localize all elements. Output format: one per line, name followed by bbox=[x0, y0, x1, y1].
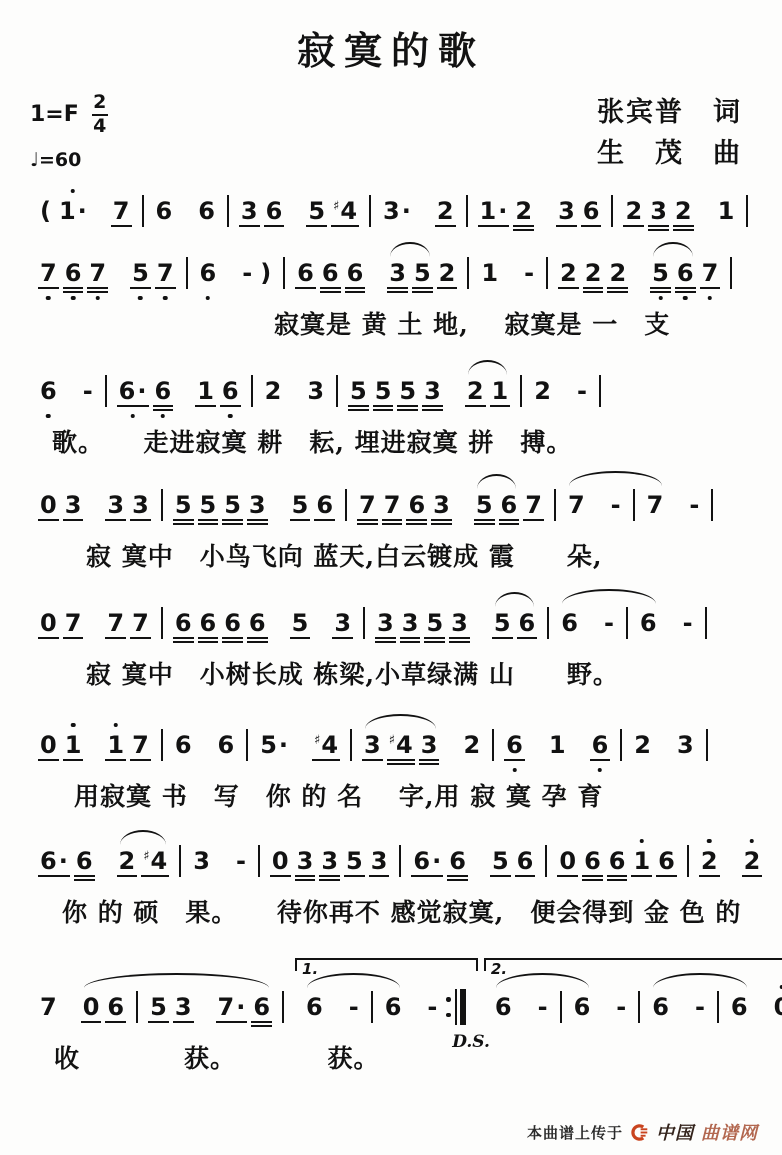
barline bbox=[705, 607, 707, 639]
underline bbox=[400, 641, 421, 643]
note-value: 6 bbox=[306, 994, 323, 1020]
underline bbox=[465, 405, 486, 407]
note: 6 bbox=[674, 260, 697, 286]
note-value: 1 bbox=[107, 732, 124, 758]
note: - bbox=[692, 994, 708, 1020]
note-value: 2 bbox=[265, 378, 282, 404]
note-value: 5 bbox=[224, 492, 241, 518]
note: ( bbox=[37, 198, 54, 224]
underline bbox=[607, 287, 628, 289]
barline bbox=[560, 991, 562, 1023]
note: 7 bbox=[129, 610, 152, 636]
underline bbox=[382, 523, 403, 525]
note: 5 bbox=[649, 260, 672, 286]
note: 7 bbox=[129, 732, 152, 758]
slur-arc bbox=[653, 973, 746, 988]
underline bbox=[515, 875, 536, 877]
note: 6 bbox=[589, 732, 612, 758]
octave-dot-below bbox=[71, 296, 76, 301]
note: - bbox=[680, 610, 696, 636]
lyrics-line: 寂寞是 黄 土 地, 寂寞是 一 支 bbox=[36, 305, 782, 338]
notation-line: 706537·61.6-6-D.S.2.6-6-6-60 bbox=[36, 984, 756, 1030]
note: - bbox=[239, 260, 255, 286]
note: 3· bbox=[380, 198, 414, 224]
note: 5 bbox=[343, 848, 366, 874]
octave-dot-below bbox=[46, 296, 51, 301]
note-value: 3 bbox=[193, 848, 210, 874]
note: 5 bbox=[423, 610, 446, 636]
note-value: 6 bbox=[76, 848, 93, 874]
underline bbox=[397, 405, 418, 407]
underline bbox=[656, 875, 677, 877]
note: 6 bbox=[37, 378, 60, 404]
note: 6 bbox=[503, 732, 526, 758]
note: - bbox=[80, 378, 96, 404]
note-value: 6 bbox=[107, 994, 124, 1020]
underline bbox=[331, 225, 359, 227]
note-value: 7 bbox=[89, 260, 106, 286]
time-signature: 2 4 bbox=[92, 93, 108, 137]
slur-group: 7-7 bbox=[564, 489, 667, 521]
note: 5 bbox=[147, 994, 170, 1020]
barline bbox=[179, 845, 181, 877]
note-value: 7 bbox=[647, 492, 664, 518]
note-value: - bbox=[524, 260, 534, 286]
octave-dot-below bbox=[161, 414, 166, 419]
notation-line: 767576-)6663521-222567 bbox=[36, 250, 756, 296]
underline bbox=[130, 287, 151, 289]
note-value: 2 bbox=[634, 732, 651, 758]
underline bbox=[387, 759, 415, 761]
underline bbox=[81, 1021, 102, 1023]
underline bbox=[419, 759, 440, 761]
note: 3 bbox=[129, 492, 152, 518]
underline bbox=[320, 287, 341, 289]
notation-line: 07776666533353566-6- bbox=[36, 600, 756, 646]
note: 2 bbox=[460, 732, 483, 758]
note: - bbox=[521, 260, 537, 286]
underline bbox=[742, 875, 763, 877]
barline bbox=[350, 729, 352, 761]
note-value: 3 bbox=[321, 848, 338, 874]
note-value: - bbox=[611, 492, 621, 518]
note: 6 bbox=[580, 198, 603, 224]
note-value: 7 bbox=[132, 732, 149, 758]
barline bbox=[599, 375, 601, 407]
underline bbox=[412, 287, 433, 289]
barline bbox=[633, 489, 635, 521]
volta-label: 1. bbox=[302, 960, 318, 978]
slur-arc bbox=[495, 592, 534, 607]
note-value: - bbox=[242, 260, 252, 286]
underline bbox=[623, 225, 644, 227]
underline bbox=[312, 759, 340, 761]
note-value: 6 bbox=[65, 260, 82, 286]
barline bbox=[371, 991, 373, 1023]
note-value: 5 bbox=[399, 378, 416, 404]
underline bbox=[499, 519, 520, 521]
note: 3 bbox=[374, 610, 397, 636]
octave-dot-below bbox=[512, 768, 517, 773]
note-value: 6 bbox=[347, 260, 364, 286]
augmentation-dot: · bbox=[59, 848, 68, 874]
underline bbox=[247, 637, 268, 639]
underline bbox=[449, 637, 470, 639]
underline bbox=[105, 1021, 126, 1023]
note-value: 6 bbox=[652, 994, 669, 1020]
time-denominator: 4 bbox=[93, 117, 106, 137]
note-value: 6 bbox=[316, 492, 333, 518]
underline bbox=[437, 287, 458, 289]
underline bbox=[63, 291, 84, 293]
underline bbox=[582, 875, 603, 877]
note-value: 6 bbox=[592, 732, 609, 758]
note-value: - bbox=[689, 492, 699, 518]
note: 5 bbox=[289, 610, 312, 636]
underline bbox=[424, 637, 445, 639]
note-value: 6 bbox=[385, 994, 402, 1020]
note-value: 1 bbox=[59, 198, 76, 224]
lyrics-line: 寂 寞中 小树长成 栋梁,小草绿满 山 野。 bbox=[36, 655, 782, 688]
octave-dot-below bbox=[96, 296, 101, 301]
underline bbox=[345, 291, 366, 293]
underline bbox=[74, 875, 95, 877]
underline bbox=[397, 409, 418, 411]
note: 5 bbox=[347, 378, 370, 404]
note-value: 6 bbox=[156, 198, 173, 224]
note-value: 6 bbox=[517, 848, 534, 874]
note: 3 bbox=[318, 848, 341, 874]
underline bbox=[422, 409, 443, 411]
note: 3 bbox=[421, 378, 444, 404]
underline bbox=[523, 519, 544, 521]
barline bbox=[717, 991, 719, 1023]
underline bbox=[411, 875, 443, 877]
note: 3 bbox=[246, 492, 269, 518]
note-value: 4 bbox=[321, 732, 338, 758]
note: 1· bbox=[477, 198, 511, 224]
underline bbox=[63, 519, 84, 521]
note-value: 3 bbox=[364, 732, 381, 758]
barline bbox=[136, 991, 138, 1023]
note: 6 bbox=[294, 260, 317, 286]
underline bbox=[357, 519, 378, 521]
note-value: 6 bbox=[155, 378, 172, 404]
underline bbox=[581, 225, 602, 227]
underline bbox=[117, 875, 138, 877]
note-value: - bbox=[427, 994, 437, 1020]
lyrics-line: 用寂寞 书 写 你 的 名 字,用 寂 寞 孕 育 bbox=[36, 777, 782, 810]
note: 7 bbox=[110, 198, 133, 224]
song-title: 寂寞的歌 bbox=[0, 0, 782, 75]
underline bbox=[247, 641, 268, 643]
underline bbox=[130, 637, 151, 639]
underline bbox=[320, 291, 341, 293]
note-value: 2 bbox=[515, 198, 532, 224]
note-value: 2 bbox=[609, 260, 626, 286]
note-value: 5 bbox=[492, 848, 509, 874]
underline bbox=[63, 759, 84, 761]
underline bbox=[153, 409, 174, 411]
note-value: 1 bbox=[480, 198, 497, 224]
note-value: - bbox=[538, 994, 548, 1020]
composer-credit: 生 茂 曲 bbox=[597, 134, 742, 175]
underline bbox=[117, 405, 149, 407]
underline bbox=[447, 875, 468, 877]
notation-line: 6·62♯43-033536·65606616221 bbox=[36, 838, 756, 884]
note: 6 bbox=[516, 610, 539, 636]
underline bbox=[517, 637, 538, 639]
note-value: 2 bbox=[467, 378, 484, 404]
note: 5 bbox=[491, 610, 514, 636]
note: 7 bbox=[37, 260, 60, 286]
note: 1 bbox=[489, 378, 512, 404]
underline bbox=[700, 287, 721, 289]
note: 6 bbox=[250, 994, 273, 1020]
site-name-red: 曲谱网 bbox=[701, 1119, 758, 1145]
note-value: 4 bbox=[340, 198, 357, 224]
octave-dot-below bbox=[163, 296, 168, 301]
note-value: 0 bbox=[40, 492, 57, 518]
underline bbox=[400, 637, 421, 639]
note: 3 bbox=[304, 378, 327, 404]
note-value: 6 bbox=[198, 198, 215, 224]
octave-dot-below bbox=[138, 296, 143, 301]
note: 2 bbox=[698, 848, 721, 874]
note: 2 bbox=[512, 198, 535, 224]
note-value: 6 bbox=[222, 378, 239, 404]
underline bbox=[673, 229, 694, 231]
augmentation-dot: · bbox=[78, 198, 87, 224]
barline bbox=[730, 257, 732, 289]
note: 5 bbox=[489, 848, 512, 874]
octave-dot-below bbox=[683, 296, 688, 301]
slur-group: 06537·6 bbox=[79, 991, 274, 1023]
underline bbox=[648, 225, 669, 227]
underline bbox=[406, 523, 427, 525]
note-value: 7 bbox=[359, 492, 376, 518]
barline bbox=[547, 607, 549, 639]
note: 5 bbox=[473, 492, 496, 518]
note-value: 7 bbox=[702, 260, 719, 286]
note-value: 4 bbox=[151, 848, 168, 874]
note: 6 bbox=[62, 260, 85, 286]
note: 6· bbox=[37, 848, 71, 874]
barline bbox=[545, 845, 547, 877]
note-value: 3 bbox=[383, 198, 400, 224]
sharp-icon: ♯ bbox=[314, 734, 320, 748]
barline bbox=[258, 845, 260, 877]
underline bbox=[474, 519, 495, 521]
underline bbox=[406, 519, 427, 521]
sharp-icon: ♯ bbox=[143, 850, 149, 864]
barline bbox=[746, 195, 748, 227]
underline bbox=[375, 641, 396, 643]
note: ♯4 bbox=[386, 732, 416, 758]
note-value: 6 bbox=[175, 732, 192, 758]
underline bbox=[222, 519, 243, 521]
note: 3 bbox=[674, 732, 697, 758]
slur-arc bbox=[84, 973, 269, 988]
barline bbox=[611, 195, 613, 227]
note: 2 bbox=[672, 198, 695, 224]
underline bbox=[582, 879, 603, 881]
underline bbox=[675, 291, 696, 293]
note-value: 6 bbox=[658, 848, 675, 874]
note: 6 bbox=[104, 994, 127, 1020]
note: 3 bbox=[62, 492, 85, 518]
notation-line: 6-6·616235553212- bbox=[36, 368, 756, 414]
note: 0 bbox=[269, 848, 292, 874]
underline bbox=[216, 1021, 248, 1023]
slur-arc bbox=[365, 714, 436, 729]
barline bbox=[520, 375, 522, 407]
note-value: 5 bbox=[175, 492, 192, 518]
barline bbox=[711, 489, 713, 521]
slur-arc bbox=[562, 589, 655, 604]
note: 6 bbox=[581, 848, 604, 874]
note: 7 bbox=[381, 492, 404, 518]
underline bbox=[650, 287, 671, 289]
barline bbox=[363, 607, 365, 639]
octave-dot-below bbox=[206, 296, 211, 301]
sheet-music-page: 寂寞的歌 1=F 2 4 ♩=60 张宾普 词 生 茂 曲 (1·766365♯… bbox=[0, 0, 782, 1155]
barline bbox=[336, 375, 338, 407]
note-value: 3 bbox=[677, 732, 694, 758]
barline bbox=[246, 729, 248, 761]
note: 7 bbox=[565, 492, 588, 518]
underline bbox=[478, 225, 510, 227]
octave-dot-below bbox=[46, 414, 51, 419]
note-value: 6 bbox=[583, 198, 600, 224]
note-value: 5 bbox=[476, 492, 493, 518]
note: 5 bbox=[411, 260, 434, 286]
underline bbox=[362, 759, 383, 761]
slur-arc bbox=[477, 474, 516, 489]
notation-line: (1·766365♯43·21·2362321 bbox=[36, 188, 756, 234]
note: 6 bbox=[263, 198, 286, 224]
note: 6 bbox=[655, 848, 678, 874]
notation-line: 0117665·♯43♯43261623 bbox=[36, 722, 756, 768]
note-value: - bbox=[695, 994, 705, 1020]
underline bbox=[369, 875, 390, 877]
augmentation-dot: · bbox=[432, 848, 441, 874]
underline bbox=[130, 759, 151, 761]
underline bbox=[220, 405, 241, 407]
underline bbox=[63, 287, 84, 289]
sharp-icon: ♯ bbox=[333, 200, 339, 214]
note-value: 7 bbox=[568, 492, 585, 518]
underline bbox=[247, 519, 268, 521]
note: - bbox=[686, 492, 702, 518]
note-value: 6 bbox=[731, 994, 748, 1020]
underline bbox=[319, 879, 340, 881]
note-value: 6 bbox=[249, 610, 266, 636]
note-value: 3 bbox=[371, 848, 388, 874]
underline bbox=[557, 875, 578, 877]
note-value: 6 bbox=[200, 610, 217, 636]
underline bbox=[650, 291, 671, 293]
underline bbox=[247, 523, 268, 525]
barline bbox=[345, 489, 347, 521]
note: 6 bbox=[313, 492, 336, 518]
underline bbox=[173, 519, 194, 521]
underline bbox=[675, 287, 696, 289]
slur-group: 6-6 bbox=[557, 607, 660, 639]
underline bbox=[375, 637, 396, 639]
underline bbox=[424, 641, 445, 643]
underline bbox=[314, 519, 335, 521]
underline bbox=[583, 291, 604, 293]
note-value: 6 bbox=[574, 994, 591, 1020]
lyrics-line: 你 的 硕 果。 待你再不 感觉寂寞, 便会得到 金 色 的 bbox=[36, 893, 782, 926]
note: 7 bbox=[699, 260, 722, 286]
watermark-footer: 本曲谱上传于 中国曲谱网 bbox=[527, 1119, 758, 1145]
note-value: 2 bbox=[585, 260, 602, 286]
note: - bbox=[608, 492, 624, 518]
slur-group: 56 bbox=[472, 492, 521, 518]
underline bbox=[38, 759, 59, 761]
note: 6 bbox=[153, 198, 176, 224]
note-value: 6 bbox=[253, 994, 270, 1020]
note: 0 bbox=[556, 848, 579, 874]
note: 1 bbox=[478, 260, 501, 286]
underline bbox=[290, 637, 311, 639]
underline bbox=[387, 287, 408, 289]
note: 6 bbox=[405, 492, 428, 518]
underline bbox=[319, 875, 340, 877]
barline bbox=[706, 729, 708, 761]
underline bbox=[63, 637, 84, 639]
note-value: 1 bbox=[549, 732, 566, 758]
note: 3 bbox=[190, 848, 213, 874]
note: 5 bbox=[372, 378, 395, 404]
note-value: 6 bbox=[495, 994, 512, 1020]
note: - bbox=[233, 848, 249, 874]
slur-arc bbox=[307, 973, 400, 988]
underline bbox=[173, 1021, 194, 1023]
underline bbox=[87, 291, 108, 293]
underline bbox=[449, 641, 470, 643]
thick-bar bbox=[460, 989, 466, 1025]
underline bbox=[295, 875, 316, 877]
note-value: - bbox=[83, 378, 93, 404]
underline bbox=[387, 763, 415, 765]
octave-dot-above bbox=[640, 839, 645, 844]
note-value: ( bbox=[40, 198, 51, 224]
note: 5 bbox=[197, 492, 220, 518]
barline bbox=[251, 375, 253, 407]
barline bbox=[467, 257, 469, 289]
note-value: 3 bbox=[334, 610, 351, 636]
note: 2 bbox=[436, 260, 459, 286]
note-value: 7 bbox=[218, 994, 235, 1020]
note: 6 bbox=[728, 994, 751, 1020]
note-value: 6 bbox=[561, 610, 578, 636]
underline bbox=[38, 519, 59, 521]
note: 2 bbox=[741, 848, 764, 874]
underline bbox=[607, 879, 628, 881]
note: ) bbox=[257, 260, 274, 286]
octave-dot-above bbox=[71, 189, 76, 194]
note-value: 5 bbox=[150, 994, 167, 1020]
note-value: 0 bbox=[272, 848, 289, 874]
sharp-icon: ♯ bbox=[389, 734, 395, 748]
slur-arc bbox=[496, 973, 589, 988]
augmentation-dot: · bbox=[402, 198, 411, 224]
note: 3 bbox=[418, 732, 441, 758]
note: 1 bbox=[715, 198, 738, 224]
